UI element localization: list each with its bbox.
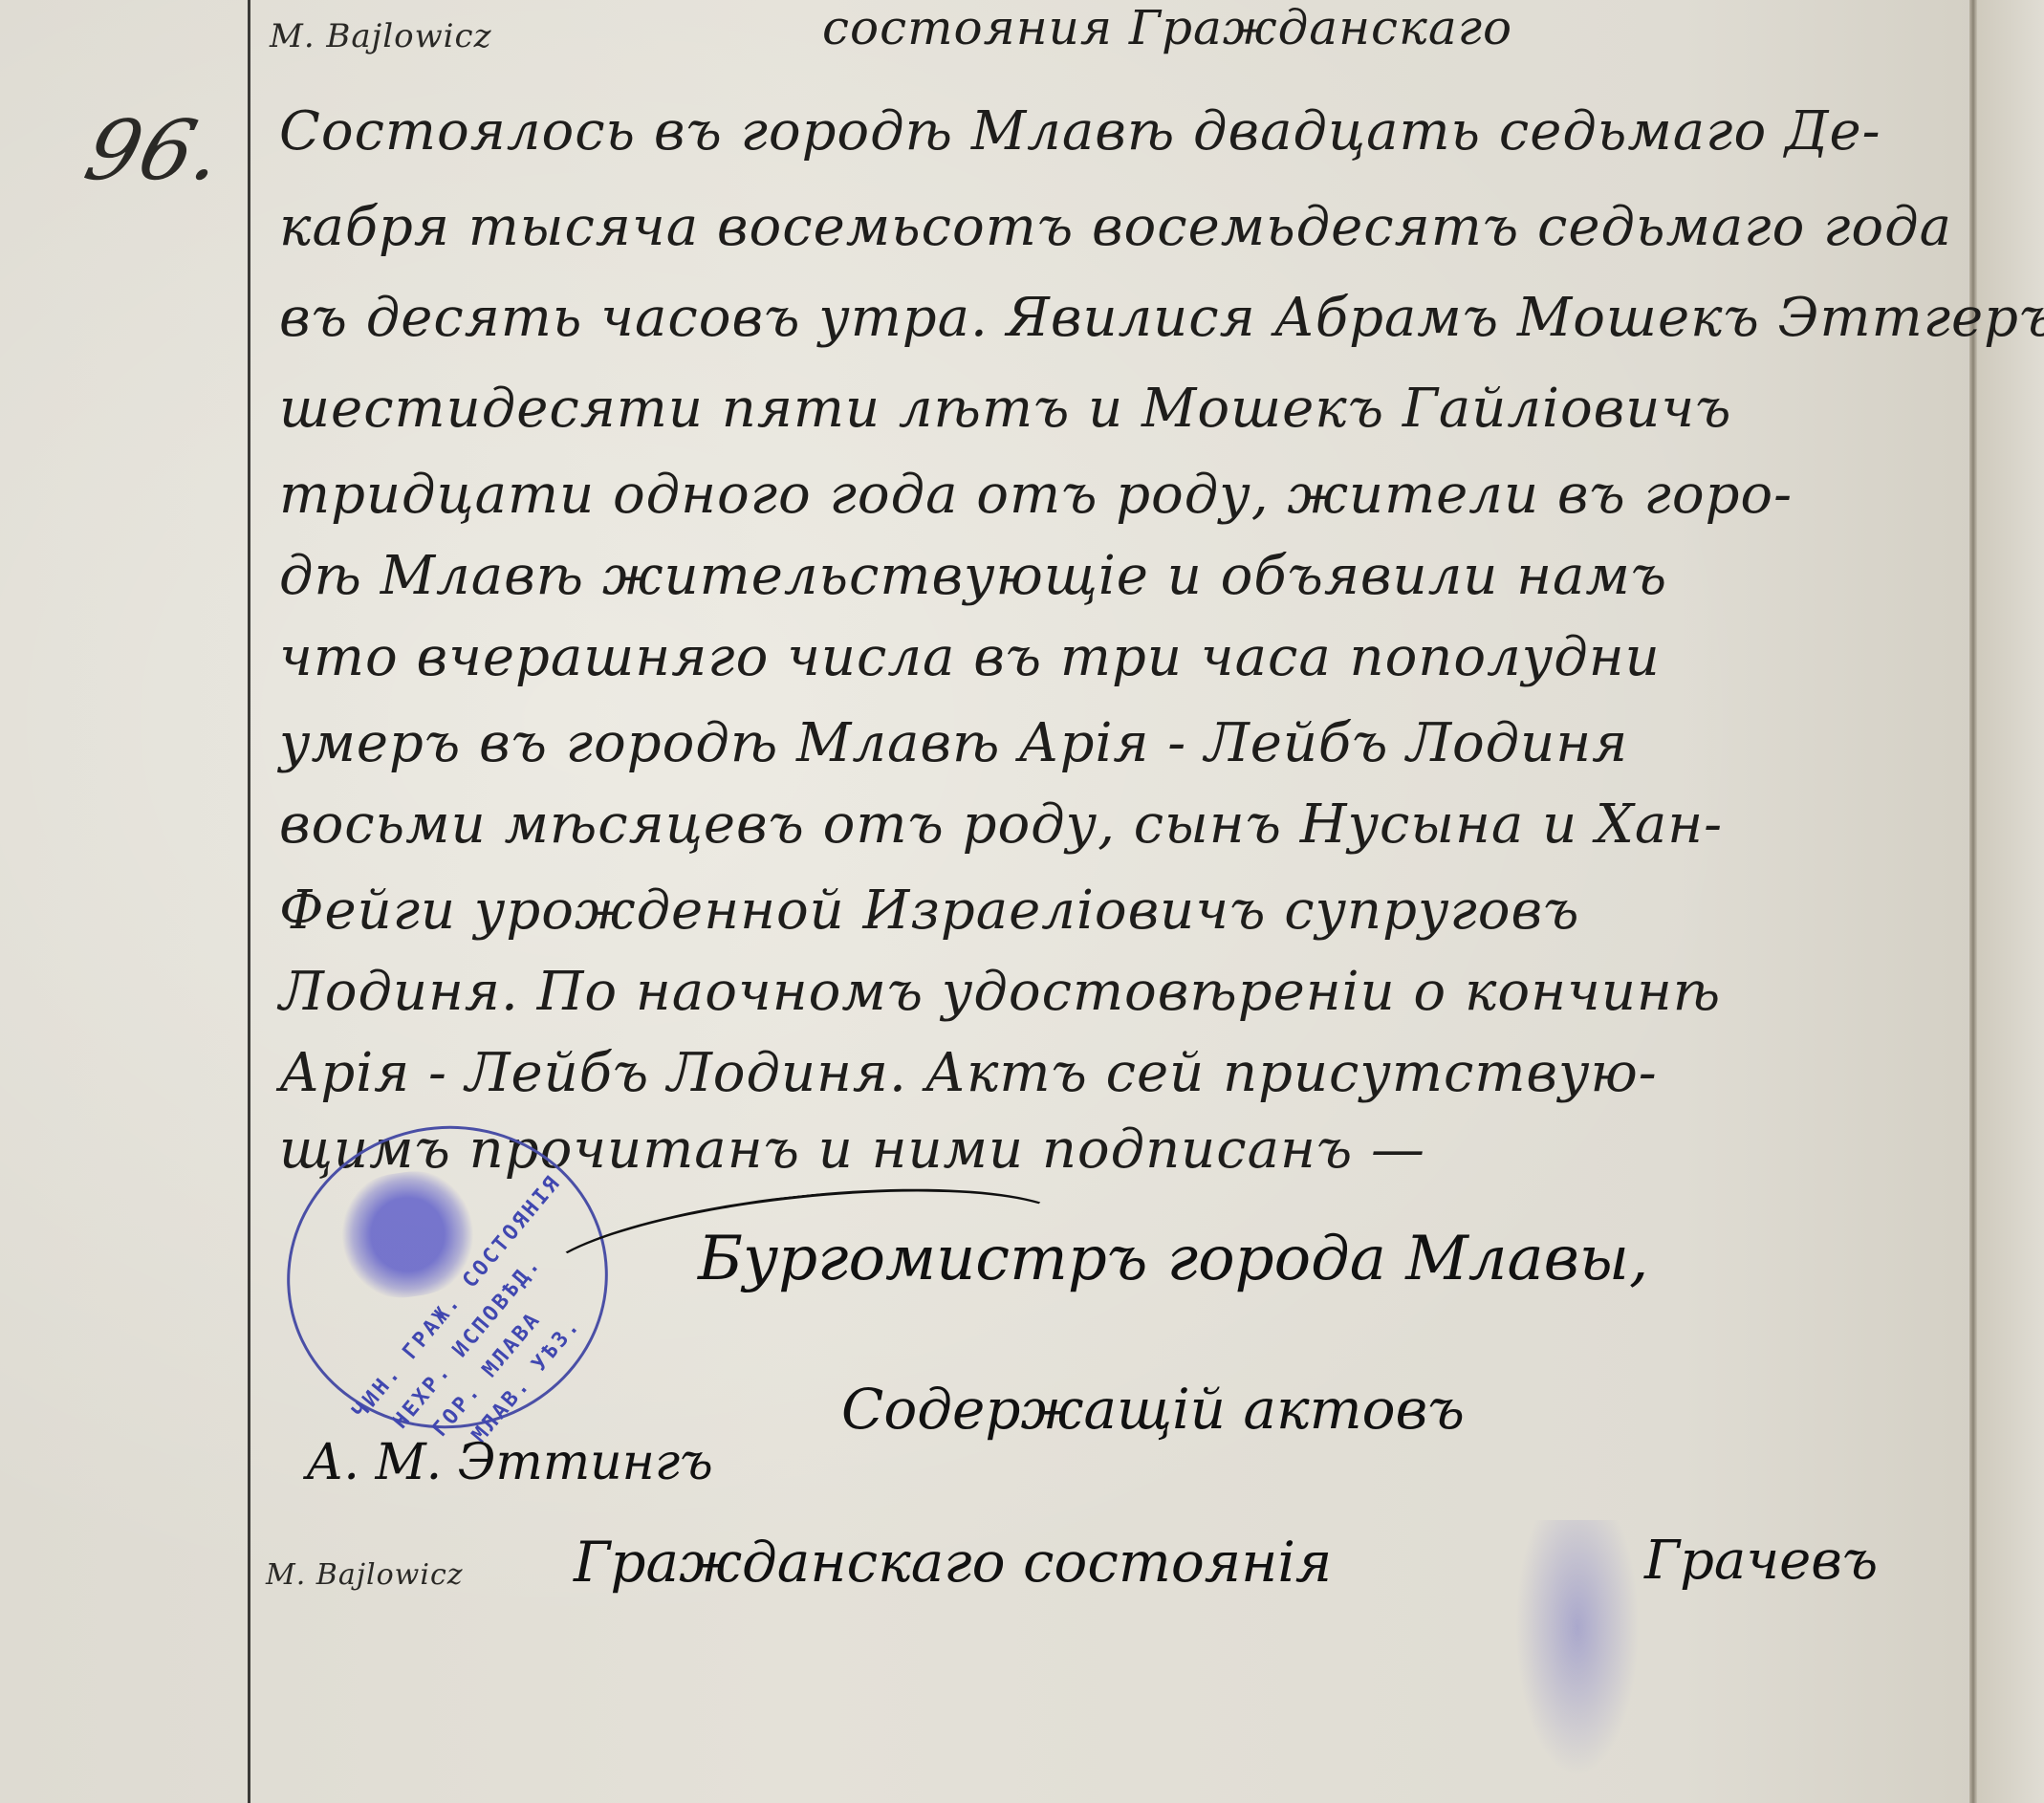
- signature-mayor: Бургомистръ города Млавы,: [698, 1224, 1648, 1294]
- margin-note-bottom: M. Bajlowicz: [266, 1558, 464, 1592]
- body-line-10: Фейги урожденной Израелiовичъ супруговъ: [279, 880, 1579, 942]
- page-edge: [1969, 0, 1977, 1803]
- adjacent-page: [1977, 0, 2044, 1803]
- body-line-2: кабря тысяча восемьсотъ восемьдесятъ сед…: [279, 196, 1952, 258]
- header-fragment: состояния Гражданскаго: [822, 0, 1512, 55]
- body-line-4: шестидесяти пяти лѣтъ и Мошекъ Гайлiович…: [279, 378, 1731, 440]
- ink-stamp-smudge: [1511, 1520, 1644, 1788]
- margin-note-top: M. Bajlowicz: [270, 17, 492, 55]
- body-line-6: дѣ Млавѣ жительствующiе и объявили намъ: [279, 545, 1667, 607]
- body-line-12: Арiя - Лейбъ Лодиня. Актъ сей присутству…: [279, 1042, 1658, 1104]
- signature-registrar-name: Грачевъ: [1644, 1530, 1878, 1592]
- body-line-11: Лодиня. По наочномъ удостовѣренiи о конч…: [279, 961, 1721, 1023]
- signature-witness: А. М. Эттингъ: [306, 1434, 713, 1491]
- body-line-8: умеръ въ городѣ Млавѣ Арiя - Лейбъ Лодин…: [279, 712, 1628, 774]
- body-line-9: восьми мѣсяцевъ отъ роду, сынъ Нусына и …: [279, 793, 1723, 856]
- body-line-7: что вчерашняго числа въ три часа пополуд…: [279, 626, 1661, 688]
- body-line-5: тридцати одного года отъ роду, жители въ…: [279, 464, 1793, 526]
- margin-rule: [248, 0, 250, 1803]
- entry-number: 96.: [76, 103, 234, 199]
- body-line-3: въ десять часовъ утра. Явилися Абрамъ Мо…: [279, 287, 2044, 349]
- body-line-1: Состоялось въ городѣ Млавѣ двадцать седь…: [279, 100, 1881, 163]
- signature-registrar-title: Содержащiй актовъ: [841, 1377, 1465, 1442]
- signature-registrar-office: Гражданскаго состоянiя: [574, 1530, 1332, 1595]
